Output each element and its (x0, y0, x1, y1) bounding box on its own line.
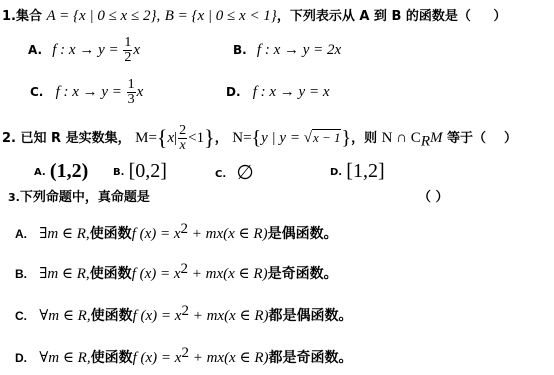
option-label: B. (233, 43, 247, 57)
quantifier: ∀m ∈ R, (39, 308, 90, 324)
option-text: 使函数 (91, 308, 133, 324)
set-b: B = {x | 0 ≤ x < 1} (165, 8, 277, 24)
q2-option-c[interactable]: C. ∅ (215, 160, 254, 185)
option-text: 是偶函数。 (268, 226, 338, 242)
option-expr-tail: x (133, 42, 140, 58)
function-expr-rest: + mx(x ∈ R) (188, 266, 268, 282)
quantifier: ∃m ∈ R, (39, 266, 90, 282)
question-1-stem: 1.集合 A = {x | 0 ≤ x ≤ 2}, B = {x | 0 ≤ x… (2, 7, 506, 26)
option-text: 使函数 (90, 226, 132, 242)
option-label: C. (15, 309, 27, 323)
set-m-ref: M (430, 130, 443, 146)
option-expr: f : x → y = 2x (257, 42, 341, 58)
option-label: A. (34, 167, 46, 178)
option-value: (1,2) (50, 160, 88, 182)
question-stem: 下列命题中，真命题是 (20, 190, 150, 205)
question-prefix: 已知 R 是实数集， (21, 131, 131, 146)
sqrt-expr: x − 1 (312, 129, 342, 145)
set-m-label: M= (135, 130, 157, 146)
question-number: 2. (2, 131, 16, 146)
comma: ， (215, 131, 228, 146)
option-expr: f : x → y = x (253, 84, 330, 100)
intersection-expr: N ∩ C (382, 130, 421, 146)
option-text: 使函数 (90, 266, 132, 282)
option-value: [1,2] (346, 160, 384, 182)
set-a: A = {x | 0 ≤ x ≤ 2} (47, 8, 157, 24)
option-label: D. (226, 85, 241, 99)
question-stem: ，下列表示从 A 到 B 的函数是（ (277, 9, 471, 24)
q3-option-b[interactable]: B. ∃m ∈ R,使函数f (x) = x2 + mx(x ∈ R)是奇函数。 (15, 261, 338, 283)
function-expr-rest: + mx(x ∈ R) (189, 350, 269, 366)
subscript: R (421, 134, 430, 150)
option-text: 使函数 (91, 350, 133, 366)
option-value: ∅ (236, 162, 253, 184)
question-number: 1. (2, 9, 16, 24)
question-prefix: 集合 (16, 9, 42, 24)
q2-option-a[interactable]: A. (1,2) (34, 160, 88, 183)
quantifier: ∀m ∈ R, (39, 350, 90, 366)
question-stem-end: 等于（ (447, 131, 486, 146)
option-expr-tail: x (137, 84, 144, 100)
question-2-stem: 2. 已知 R 是实数集， M={x|2x<1}， N={y | y = √x … (2, 124, 517, 153)
option-expr: f : x → y = (52, 42, 122, 58)
function-expr: f (x) = x (132, 226, 181, 242)
fraction: 2x (178, 124, 187, 153)
question-3-stem: 3.下列命题中，真命题是 (8, 189, 150, 207)
option-label: D. (15, 351, 27, 365)
exponent: 2 (181, 221, 189, 237)
exponent: 2 (181, 303, 189, 319)
fraction: 12 (123, 36, 132, 65)
q2-option-b[interactable]: B. [0,2] (113, 160, 167, 183)
question-number: 3. (8, 191, 20, 204)
function-expr: f (x) = x (133, 350, 182, 366)
function-expr: f (x) = x (133, 308, 182, 324)
option-expr: f : x → y = (56, 84, 126, 100)
q3-option-a[interactable]: A. ∃m ∈ R,使函数f (x) = x2 + mx(x ∈ R)是偶函数。 (15, 221, 338, 243)
exponent: 2 (181, 261, 189, 277)
q1-option-b[interactable]: B. f : x → y = 2x (233, 42, 341, 59)
option-text: 都是偶函数。 (268, 308, 352, 324)
function-expr-rest: + mx(x ∈ R) (189, 308, 269, 324)
option-label: D. (330, 167, 342, 178)
q3-option-d[interactable]: D. ∀m ∈ R,使函数f (x) = x2 + mx(x ∈ R)都是奇函数… (15, 345, 352, 367)
quantifier: ∃m ∈ R, (39, 226, 90, 242)
answer-bracket: ） (504, 131, 517, 146)
answer-bracket: （ ） (418, 189, 449, 207)
option-value: [0,2] (129, 160, 167, 182)
option-label: C. (215, 169, 226, 180)
option-text: 都是奇函数。 (268, 350, 352, 366)
q2-option-d[interactable]: D. [1,2] (330, 160, 385, 183)
exponent: 2 (181, 345, 189, 361)
fraction: 13 (127, 78, 136, 107)
q3-option-c[interactable]: C. ∀m ∈ R,使函数f (x) = x2 + mx(x ∈ R)都是偶函数… (15, 303, 352, 325)
option-label: C. (30, 85, 43, 99)
option-label: B. (113, 167, 124, 178)
function-expr: f (x) = x (132, 266, 181, 282)
answer-bracket: ） (493, 9, 506, 24)
set-n-body: y | y = (261, 130, 304, 146)
option-label: A. (28, 43, 42, 57)
option-label: B. (15, 267, 27, 281)
question-stem: ，则 (351, 131, 377, 146)
q1-option-d[interactable]: D. f : x → y = x (226, 84, 329, 101)
set-n-label: N= (232, 130, 251, 146)
set-m-cond: <1 (188, 130, 204, 146)
option-text: 是奇函数。 (268, 266, 338, 282)
q1-option-a[interactable]: A. f : x → y = 12x (28, 36, 140, 65)
function-expr-rest: + mx(x ∈ R) (188, 226, 268, 242)
option-label: A. (15, 227, 27, 241)
q1-option-c[interactable]: C. f : x → y = 13x (30, 78, 143, 107)
